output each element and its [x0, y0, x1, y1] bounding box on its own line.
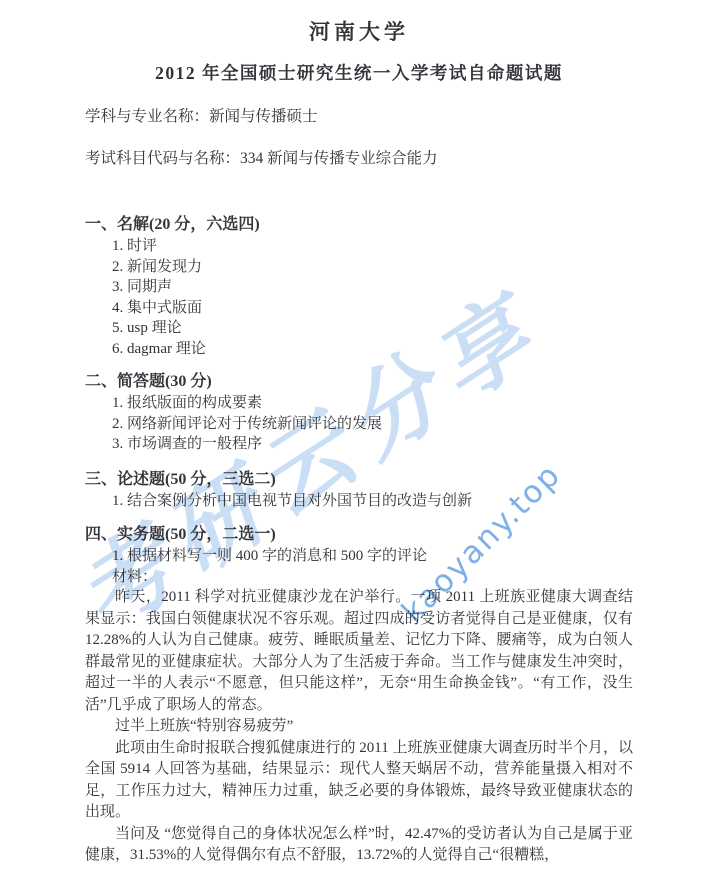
question-item: 1. 报纸版面的构成要素 — [85, 393, 633, 414]
material-subhead: 过半上班族“特别容易疲劳” — [85, 716, 633, 738]
material-paragraph: 当问及 “您觉得自己的身体状况怎么样”时，42.47%的受访者认为自己是属于亚健… — [85, 824, 633, 867]
question-item: 6. dagmar 理论 — [85, 339, 633, 360]
question-item: 4. 集中式版面 — [85, 298, 633, 319]
material-paragraph: 昨天，2011 科学对抗亚健康沙龙在沪举行。一项 2011 上班族亚健康大调查结… — [85, 587, 633, 716]
section-term-explanation: 一、名解(20 分，六选四) 1. 时评 2. 新闻发现力 3. 同期声 4. … — [85, 214, 633, 359]
subject-name-line: 学科与专业名称：新闻与传播硕士 — [85, 106, 633, 127]
section-heading: 四、实务题(50 分，二选一) — [85, 524, 633, 546]
question-item: 1. 根据材料写一则 400 字的消息和 500 字的评论 — [85, 546, 633, 567]
section-heading: 三、论述题(50 分，三选二) — [85, 469, 633, 491]
exam-paper-page: 考研云分享 kaoyany.top 河南大学 2012 年全国硕士研究生统一入学… — [0, 0, 709, 888]
question-sections: 一、名解(20 分，六选四) 1. 时评 2. 新闻发现力 3. 同期声 4. … — [85, 214, 633, 587]
section-heading: 二、简答题(30 分) — [85, 371, 633, 393]
question-item: 5. usp 理论 — [85, 318, 633, 339]
section-practical: 四、实务题(50 分，二选一) 1. 根据材料写一则 400 字的消息和 500… — [85, 524, 633, 587]
university-title: 河南大学 — [85, 20, 633, 44]
section-short-answer: 二、简答题(30 分) 1. 报纸版面的构成要素 2. 网络新闻评论对于传统新闻… — [85, 371, 633, 455]
section-essay: 三、论述题(50 分，三选二) 1. 结合案例分析中国电视节目对外国节目的改造与… — [85, 469, 633, 512]
section-heading: 一、名解(20 分，六选四) — [85, 214, 633, 236]
question-item: 1. 结合案例分析中国电视节目对外国节目的改造与创新 — [85, 491, 633, 512]
question-item: 2. 网络新闻评论对于传统新闻评论的发展 — [85, 414, 633, 435]
question-item: 3. 同期声 — [85, 277, 633, 298]
material-text-block: 昨天，2011 科学对抗亚健康沙龙在沪举行。一项 2011 上班族亚健康大调查结… — [85, 587, 633, 867]
material-paragraph: 此项由生命时报联合搜狐健康进行的 2011 上班族亚健康大调查历时半个月，以全国… — [85, 738, 633, 824]
question-item: 2. 新闻发现力 — [85, 257, 633, 278]
subject-code-line: 考试科目代码与名称：334 新闻与传播专业综合能力 — [85, 148, 633, 169]
document-content: 河南大学 2012 年全国硕士研究生统一入学考试自命题试题 学科与专业名称：新闻… — [0, 0, 709, 867]
question-item: 1. 时评 — [85, 236, 633, 257]
exam-paper-title: 2012 年全国硕士研究生统一入学考试自命题试题 — [85, 61, 633, 85]
question-item: 3. 市场调查的一般程序 — [85, 434, 633, 455]
material-label: 材料： — [85, 567, 633, 588]
